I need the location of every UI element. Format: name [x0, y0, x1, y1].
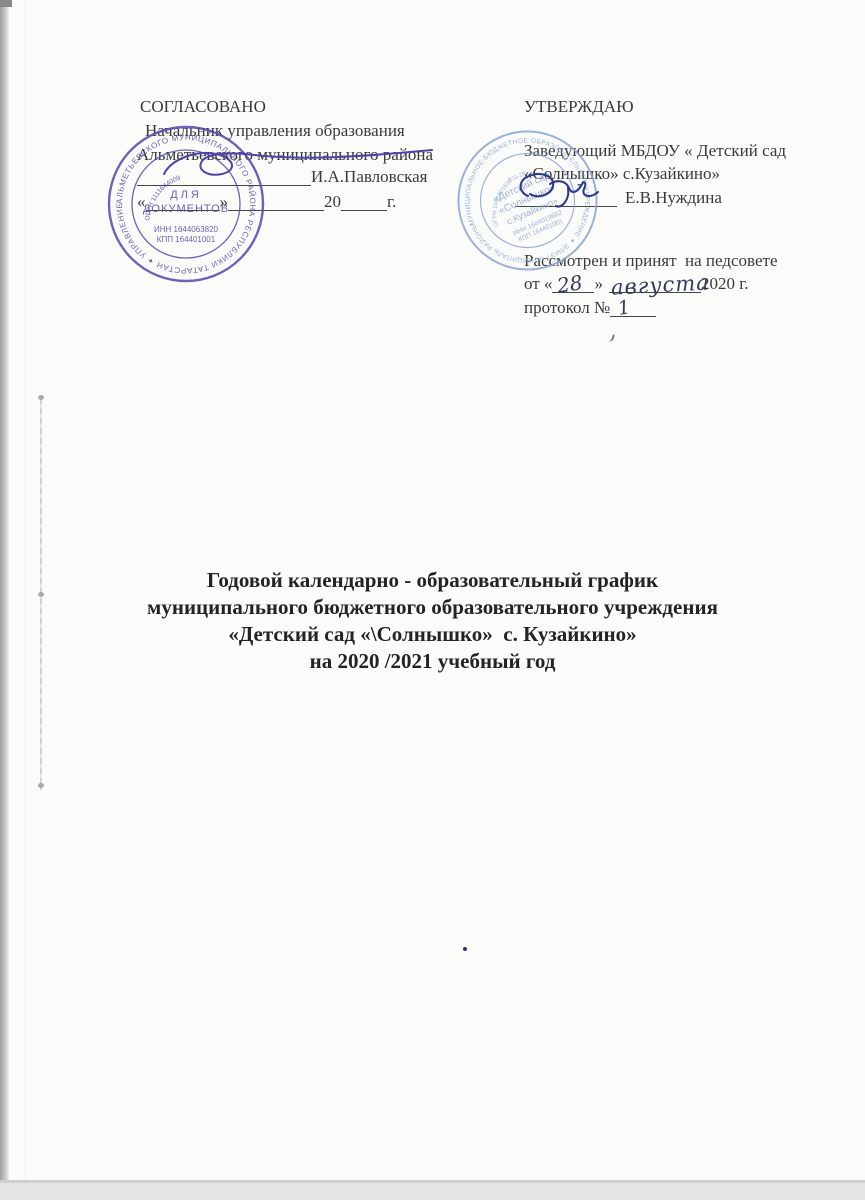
- stamp-center-line-2: ДОКУМЕНТОВ: [143, 203, 229, 215]
- nuzhdina-signature: [512, 168, 607, 213]
- year-suffix: г.: [387, 192, 396, 211]
- quote-close: »: [594, 274, 603, 293]
- document-title: Годовой календарно - образовательный гра…: [0, 567, 865, 675]
- handwritten-month: августа: [610, 271, 710, 298]
- title-line-4: на 2020 /2021 учебный год: [0, 648, 865, 675]
- signature-stroke-icon: [164, 150, 432, 175]
- protocol-line: протокол №1: [524, 297, 656, 319]
- pen-mark: [607, 333, 615, 342]
- protocol-blank: 1: [610, 299, 656, 317]
- pavlovskaya-signature: [158, 146, 438, 186]
- stamp-center-line-1: ДЛЯ: [170, 189, 202, 201]
- handwritten-protocol-number: 1: [616, 296, 632, 320]
- signature-stroke-icon: [521, 174, 598, 207]
- protocol-label: протокол №: [524, 298, 610, 317]
- scan-corner-mark: [0, 0, 12, 7]
- agreed-label: СОГЛАСОВАНО: [140, 96, 266, 118]
- approver-signatory: Е.В.Нуждина: [625, 188, 722, 207]
- title-line-2: муниципального бюджетного образовательно…: [0, 594, 865, 621]
- year-prefix: 20: [324, 192, 341, 211]
- stamp-inn: ИНН 1644063820: [154, 225, 219, 234]
- month-blank: августа: [609, 275, 701, 293]
- title-line-1: Годовой календарно - образовательный гра…: [0, 567, 865, 594]
- title-line-3: «Детский сад «\Солнышко» с. Кузайкино»: [0, 621, 865, 648]
- adopted-date-line: от «28»августа2020 г.: [524, 273, 749, 295]
- year-blank: [341, 193, 387, 211]
- handwritten-day: 28: [556, 271, 584, 296]
- ink-speck: [463, 947, 467, 951]
- day-blank: 28: [552, 275, 594, 293]
- thread-knot-bottom: [38, 783, 44, 788]
- thread-knot-top: [38, 395, 44, 400]
- stamp-kpp: КПП 164401001: [157, 235, 216, 244]
- scan-bottom-strip: [0, 1183, 865, 1200]
- scanned-document-page: СОГЛАСОВАНО Начальник управления образов…: [0, 0, 865, 1200]
